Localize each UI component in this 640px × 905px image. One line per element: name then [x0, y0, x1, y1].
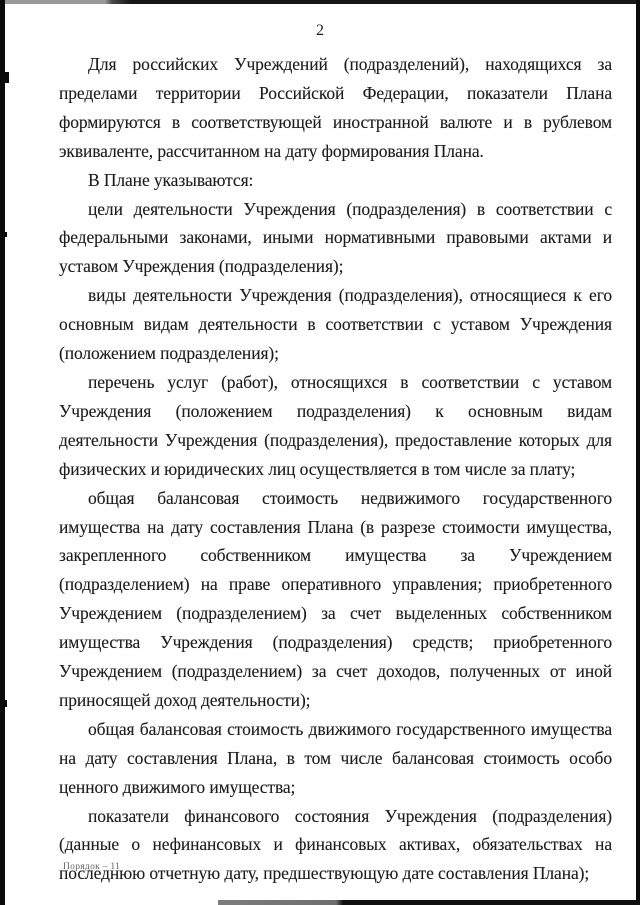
paragraph-foreign-currency: Для российских Учреждений (подразделений…: [59, 50, 612, 166]
scan-artifact-top-edge: [0, 0, 640, 4]
scan-artifact-left-notch: [0, 232, 7, 237]
paragraph-services-list: перечень услуг (работ), относящихся в со…: [59, 368, 612, 484]
paragraph-plan-lists-intro: В Плане указываются:: [59, 166, 612, 195]
paragraph-activity-types: виды деятельности Учреждения (подразделе…: [59, 281, 612, 368]
document-page: 2 Для российских Учреждений (подразделен…: [0, 0, 640, 905]
scan-artifact-left-notch: [0, 72, 9, 83]
paragraph-movable-property: общая балансовая стоимость движимого гос…: [59, 715, 612, 802]
page-number: 2: [0, 22, 640, 40]
scan-artifact-left-notch: [0, 700, 7, 707]
paragraph-activity-goals: цели деятельности Учреждения (подразделе…: [59, 195, 612, 282]
scan-artifact-right-edge: [636, 0, 640, 905]
scan-artifact-left-edge: [0, 0, 5, 905]
paragraph-financial-indicators: показатели финансового состояния Учрежде…: [59, 802, 612, 889]
scan-artifact-bottom-edge: [218, 900, 640, 905]
footer-document-mark: Порядок – 11: [63, 862, 120, 872]
document-body: Для российских Учреждений (подразделений…: [59, 50, 612, 888]
paragraph-immovable-property: общая балансовая стоимость недвижимого г…: [59, 484, 612, 715]
